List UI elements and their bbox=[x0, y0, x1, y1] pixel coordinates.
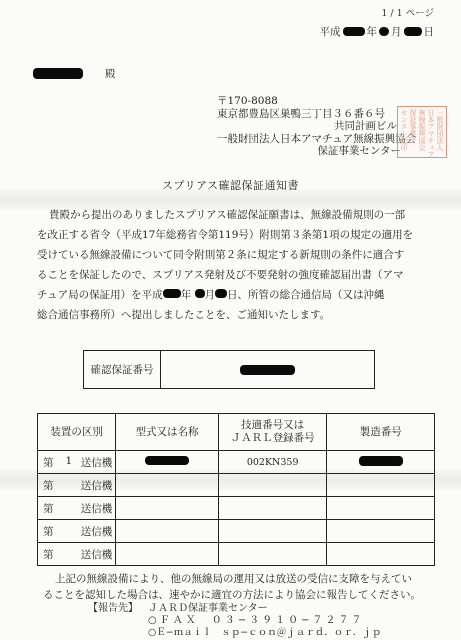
date-era: 平成 bbox=[320, 24, 341, 39]
header-device-type: 装置の区別 bbox=[38, 414, 116, 451]
redacted-addressee-name bbox=[33, 68, 83, 79]
table-row: 第送信機 bbox=[38, 474, 435, 497]
model-cell bbox=[116, 543, 219, 566]
date-day-label: 日 bbox=[424, 24, 435, 39]
certificate-number-box: 確認保証番号 bbox=[83, 350, 375, 389]
serial-cell bbox=[327, 474, 435, 497]
body-line: を改正する省令（平成17年総務省令第119号）附則第３条第1項の規定の適用を bbox=[37, 225, 437, 245]
row-number: 1 bbox=[54, 455, 81, 470]
report-center: ＪＡＲＤ保証事業センター bbox=[148, 603, 268, 615]
header-cert-line1: 技適番号又は bbox=[219, 419, 327, 432]
redacted-serial bbox=[359, 456, 403, 466]
honorific: 殿 bbox=[105, 66, 116, 81]
body-line: 受けている無線設備について同令附則第２条に規定する新規則の条件に適合す bbox=[37, 245, 437, 265]
certificate-number-label: 確認保証番号 bbox=[84, 351, 161, 388]
row-prefix: 第 bbox=[43, 524, 54, 539]
row-number bbox=[54, 524, 81, 539]
issue-date: 平成 年 月 日 bbox=[320, 24, 435, 39]
model-cell bbox=[116, 497, 219, 520]
redacted-month bbox=[195, 289, 205, 298]
redacted-day bbox=[404, 27, 422, 36]
sender-organization: 一般財団法人日本アマチュア無線振興協会 bbox=[217, 133, 416, 146]
report-contact: 【報告先】 ＪＡＲＤ保証事業センター ○ＦＡＸ ０３−３９１０−７２７７ ○Ｅ−… bbox=[88, 603, 381, 639]
serial-cell bbox=[327, 451, 435, 474]
redacted-year bbox=[343, 27, 365, 36]
sender-department: 保証事業センター bbox=[217, 145, 401, 158]
header-model: 型式又は名称 bbox=[116, 414, 219, 451]
model-cell bbox=[116, 451, 219, 474]
sender-building: 共同計画ビル bbox=[217, 120, 397, 133]
header-cert-line2: ＪＡＲＬ登録番号 bbox=[219, 432, 327, 445]
table-header-row: 装置の区別 型式又は名称 技適番号又は ＪＡＲＬ登録番号 製造番号 bbox=[38, 414, 435, 451]
model-cell bbox=[116, 474, 219, 497]
notice-line: 上記の無線設備により、他の無線局の運用又は放送の受信に支障を与えてい bbox=[43, 571, 443, 587]
serial-cell bbox=[327, 497, 435, 520]
report-fax: ○ＦＡＸ ０３−３９１０−７２７７ bbox=[148, 615, 364, 627]
date-month-label: 月 bbox=[391, 24, 402, 39]
body-line: ることを保証したので、スプリアス発射及び不要発射の強度確認届出書（アマ bbox=[37, 265, 437, 285]
certificate-number-value bbox=[161, 351, 374, 388]
body-line: 総合通信事務所）へ提出しましたことを、ご通知いたします。 bbox=[37, 305, 437, 325]
report-email[interactable]: ○Ｅ−ｍａｉｌ ｓｐ−ｃｏｎ＠ｊａｒｄ．ｏｒ．ｊｐ bbox=[148, 627, 381, 639]
row-prefix: 第 bbox=[43, 455, 54, 470]
redacted-month bbox=[379, 27, 389, 36]
row-suffix: 送信機 bbox=[81, 547, 113, 562]
redacted-day bbox=[215, 289, 227, 298]
report-label: 【報告先】 bbox=[88, 603, 148, 615]
redacted-certificate-number bbox=[240, 365, 295, 375]
equipment-table: 装置の区別 型式又は名称 技適番号又は ＪＡＲＬ登録番号 製造番号 第1送信機 … bbox=[37, 413, 435, 566]
interference-notice: 上記の無線設備により、他の無線局の運用又は放送の受信に支障を与えてい ることを認… bbox=[43, 571, 443, 603]
seal-text: センター之印 bbox=[400, 109, 408, 155]
row-suffix: 送信機 bbox=[81, 524, 113, 539]
sender-postal: 〒170-8088 bbox=[217, 95, 416, 108]
row-suffix: 送信機 bbox=[81, 501, 113, 516]
header-cert-number: 技適番号又は ＪＡＲＬ登録番号 bbox=[218, 414, 327, 451]
model-cell bbox=[116, 520, 219, 543]
redacted-year bbox=[163, 289, 181, 298]
row-number bbox=[54, 478, 81, 493]
serial-cell bbox=[327, 543, 435, 566]
month-label: 月 bbox=[205, 289, 216, 301]
row-prefix: 第 bbox=[43, 547, 54, 562]
seal-text: 無線振興協会 bbox=[418, 109, 426, 155]
header-serial: 製造番号 bbox=[327, 414, 435, 451]
date-year-label: 年 bbox=[367, 24, 378, 39]
body-line-suffix: 日、所管の総合通信局（又は沖縄 bbox=[227, 289, 385, 301]
page-indicator: 1 / 1 ページ bbox=[381, 5, 434, 19]
year-label: 年 bbox=[181, 289, 192, 301]
body-line-prefix: チュア局の保証用）を平成 bbox=[37, 289, 163, 301]
sender-address: 東京都豊島区巣鴨三丁目３６番６号 bbox=[217, 108, 416, 121]
seal-text: 保証事業 bbox=[409, 109, 417, 155]
seal-text: 一般財団法人 bbox=[436, 109, 444, 155]
table-row: 第1送信機 002KN359 bbox=[38, 451, 435, 474]
cert-number-cell: 002KN359 bbox=[218, 451, 327, 474]
body-line: チュア局の保証用）を平成年 月日、所管の総合通信局（又は沖縄 bbox=[37, 285, 437, 305]
official-seal: 一般財団法人 日本アマチュア 無線振興協会 保証事業 センター之印 bbox=[397, 106, 447, 158]
addressee: 殿 bbox=[33, 66, 116, 81]
sender-block: 〒170-8088 東京都豊島区巣鴨三丁目３６番６号 共同計画ビル 一般財団法人… bbox=[217, 95, 416, 158]
cert-number-cell bbox=[218, 543, 327, 566]
row-number bbox=[54, 547, 81, 562]
cert-number-cell bbox=[218, 497, 327, 520]
row-prefix: 第 bbox=[43, 501, 54, 516]
document-body: 貴殿から提出のありましたスプリアス確認保証願書は、無線設備規則の一部 を改正する… bbox=[37, 205, 437, 325]
cert-number-cell bbox=[218, 474, 327, 497]
seal-text: 日本アマチュア bbox=[427, 109, 435, 155]
notice-line: ることを認知した場合は、速やかに適宜の方法により協会に報告してください。 bbox=[43, 587, 443, 603]
body-line: 貴殿から提出のありましたスプリアス確認保証願書は、無線設備規則の一部 bbox=[37, 205, 437, 225]
table-row: 第送信機 bbox=[38, 497, 435, 520]
table-row: 第送信機 bbox=[38, 520, 435, 543]
serial-cell bbox=[327, 520, 435, 543]
row-prefix: 第 bbox=[43, 478, 54, 493]
cert-number-cell bbox=[218, 520, 327, 543]
row-number bbox=[54, 501, 81, 516]
row-suffix: 送信機 bbox=[81, 455, 113, 470]
row-suffix: 送信機 bbox=[81, 478, 113, 493]
table-row: 第送信機 bbox=[38, 543, 435, 566]
redacted-model bbox=[145, 456, 189, 465]
document-title: スプリアス確認保証通知書 bbox=[0, 177, 461, 193]
